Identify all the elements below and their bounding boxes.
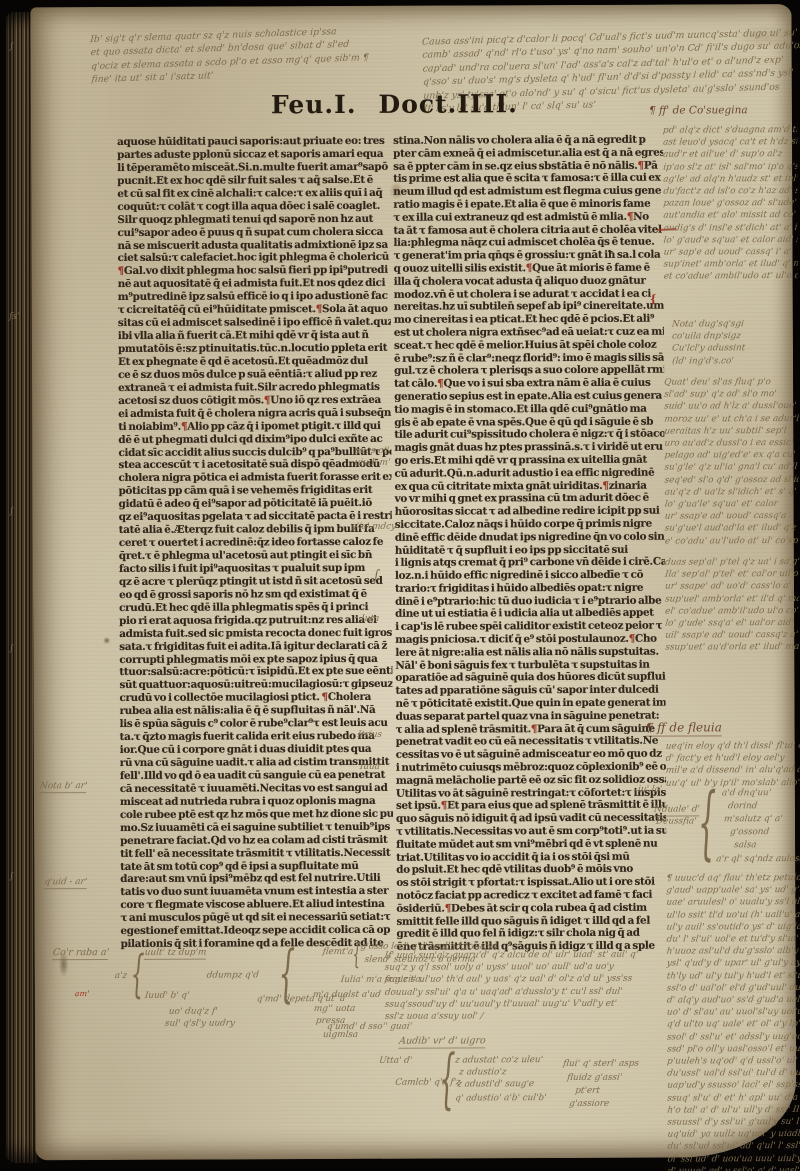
printed-text-line: gidatū ē adeo q̄ ei⁹sapor ad pōticitatē … — [119, 497, 392, 511]
marginal-gloss-line: lo' g'ua'le' sq'ua' et' calor — [664, 498, 799, 511]
right-margin-gloss: Quat' deu' sl'as fluq' p'osl'ad' sup' q'… — [664, 376, 799, 547]
running-header: Feu.I.Doct.IIII. — [271, 89, 518, 119]
diagram-item: m'salutz q' a' — [723, 814, 783, 824]
printed-text-line: Et ex phegnate ē qd ē acetosū.Et quēadmō… — [118, 355, 391, 369]
rubric-pilcrow: ¶ — [627, 210, 633, 222]
marginal-gloss-line: uro au'ad'z dussl'o i ea essic' — [664, 437, 799, 450]
printed-text-line: generatio sepius est in epate.Alia est c… — [394, 390, 664, 404]
printed-text-line: do psluit.Et hec qdē vtilitas duob⁹ ē mō… — [396, 863, 666, 877]
printed-text-line: sitas cū ei admiscet salsedinē i ipo eff… — [118, 316, 391, 330]
fore-edge-mark: ∫ — [9, 644, 14, 654]
marginal-gloss-line: lo' g'ude' ssq'a' el' ual'or aid' — [664, 617, 799, 630]
marginal-gloss-line: ip'ao sl'z at' isl' sal'mo' ip'o q's lud… — [662, 161, 797, 174]
handwritten-line: douual'y ssl'ui' q'a u' uaq'ad' a'dusslo… — [384, 985, 650, 998]
nota-bene-note: Nota b' ar' — [39, 781, 88, 793]
printed-text-line: i lignis atqs cremat q̄ pri⁹ carbone vn̄… — [395, 556, 665, 570]
rubric-pilcrow: ¶ — [441, 800, 447, 812]
brace-glyph: { — [131, 945, 145, 1004]
printed-text-line: ciet salsū:τ calefaciet.hoc igit phlegma… — [118, 251, 391, 265]
printed-text-line: pmutatōis ē:sz ptinuitatis.tūc.n.locutio… — [118, 342, 391, 356]
right-margin-gloss: ¶ uuuc'd aq' flau' th'etz petuio' Iud'rg… — [666, 872, 800, 1171]
diagram-label: uult' tz dup'm — [144, 948, 207, 960]
printed-text-line: admista fuit.sed sic pmista recocta done… — [119, 626, 392, 640]
printed-text-line: fluitate mūdet aut sm vni⁹mēbri qd ē vt … — [396, 837, 666, 851]
marginal-gloss-line: seq'ed' sl'o q'd' g'ossoz ad sl'ide — [664, 474, 799, 487]
printed-text-line: q ouoz uitelli silis existit.¶Que āt mio… — [394, 262, 664, 276]
printed-text-line: pōticitas pp cām quā i se vehemēs frigid… — [119, 484, 392, 498]
printed-text-line: penetrare faciat.Qd vo hz ea colam ad ci… — [120, 833, 393, 847]
left-margin-note: Co'r raba a' — [52, 947, 110, 960]
diagram-item: g'assiore — [569, 1099, 610, 1109]
marginal-gloss-line: q'd ul'to uq' uale' et' ol' a'y lp' g'u' — [666, 1018, 800, 1031]
printed-text-line: τ generat'im pria qn̄qs ē grossiu:τ gnāt… — [394, 249, 664, 263]
marginal-gloss-line: (ld' ing'd's.co' — [671, 355, 792, 368]
marginal-gloss-line: ur' sap'e ad uoud' cassq' i' a' — [663, 246, 798, 259]
rubric-pilcrow: ¶ — [602, 479, 608, 491]
printed-text-line: ti noiabim⁹.¶Alio pp cāz q̄ i ipomet pti… — [118, 419, 391, 433]
printed-text-line: nā se miscuerit adusta qualitatis admixt… — [118, 238, 391, 252]
brace-glyph: { — [439, 1042, 456, 1117]
printed-text-line: dinē effic dēide dnudat ips nigredine q̄… — [395, 530, 665, 544]
printed-text-line: nereitas.hz uī subtilen̄ sepef ab ipi⁹ c… — [394, 300, 664, 314]
printed-text-line: tates ad pparatiōne sāguis cū' sapor int… — [395, 684, 665, 698]
printed-text-line: fell'.Illd vo qd ō ea uadit cū sanguie c… — [120, 769, 393, 783]
printed-text-line: facto silis i fuit ipi⁹aquositas τ pualu… — [119, 562, 392, 576]
printed-text-line: hūiditatē τ q̄ supfluit i eo ips pp sicc… — [395, 543, 665, 557]
printed-text-line: corrupti phlegmatis mōi ex pte sapoz ipi… — [119, 652, 392, 666]
marginal-gloss-line: g'aud' uapp'uale' sa' ys' ud' g'uao' est… — [666, 884, 800, 897]
printed-text-line: acetosi sz duos cōtigit mōs.¶Uno iō qz r… — [118, 394, 391, 408]
marginal-gloss-line: d' alq'y aud'uo' ss'd g'ud'a ual'o sl'ud — [666, 994, 800, 1007]
manuscript-page: Ib' sig't q'r slema quatr sz q'z nuis sc… — [30, 4, 796, 1160]
printed-text-line: coquūt:τ colāt τ cogt illa aqua dōec i s… — [117, 199, 390, 213]
printed-text-line: modoz.vn̄ ē ut cholera i se adurat τ acc… — [394, 287, 664, 301]
printed-text-line: triat.Utilitas vo io accidit q̄ ia i os … — [396, 850, 666, 864]
printed-text-line: τ ex illa cui extraneuz qd est admistū ē… — [393, 210, 663, 224]
printed-text-line: rubea alia est nālis:alia ē q̄ ē supflui… — [120, 704, 393, 718]
marginal-gloss-line: moroz uu' e' ut ch'a i se adur'l — [664, 413, 799, 426]
printed-text-line: ttuor:salsū:acre:pōticū:τ īsipidū.Et ex … — [119, 665, 392, 679]
printed-text-line: τ ani musculos pūgē ut qd sit ei necessa… — [120, 911, 393, 925]
marginal-gloss-line: aud'r et ail'ue' d' sup'o al'z — [662, 148, 797, 161]
diagram-item: m'a duelst a'ud — [312, 990, 381, 1000]
fen-number: Feu.I. — [271, 90, 357, 119]
printed-text-line: neum illud qd est admistum est flegma cu… — [393, 185, 663, 199]
marginal-gloss-line: Nota' dug'sq'sgi — [671, 318, 792, 331]
printed-text-line: ex qua cū citritate mixta gnāt uiriditas… — [395, 479, 665, 493]
marginal-gloss-line: ysl' q'ud'y d' upar' ul' g'ul'y ayss' — [666, 957, 800, 970]
printed-text-line: pio ri erat aquosa frigida.qz putruit:nz… — [119, 613, 392, 627]
diagram-item: mg'' uota — [313, 1004, 356, 1014]
marginal-gloss-line: ueq'in eloy q'd th'l dissl' fl'ui' est — [665, 740, 800, 753]
marginal-gloss-line: ast leuo'd ysacq' ca't et h'dz suam'l a' — [662, 136, 797, 149]
diagram-label: flemt'a — [322, 947, 354, 957]
rubric-pilcrow: ¶ — [322, 691, 328, 703]
gutter-note: uiud' m' — [354, 458, 391, 468]
printed-text-line: ratio magis ē i epate.Et alia ē que ē mi… — [393, 198, 663, 212]
marginal-gloss-line: h'uuoz asl'ul'd du'g'sslo' alb'y q'z — [666, 945, 800, 958]
printed-text-line: gredit ē illd quo fel ñ idigz:τ silr cho… — [397, 927, 667, 941]
diagram-item: uo' duq'z f' — [168, 1007, 218, 1017]
printed-text-line: magnā melācholie partē eē oz sīc fit oz … — [396, 773, 666, 787]
printed-text-line: cidat sīc accidit alius succis dulcib⁹ q… — [118, 445, 391, 459]
printed-text-line: set ipsū.¶Et para eius que ad splenē trā… — [396, 799, 666, 813]
printed-text-line: aquose hūiditati pauci saporis:aut priua… — [117, 135, 390, 149]
marginal-gloss-line: ssup'uet' au'd'orla et' ilud' mau'l — [665, 641, 800, 654]
brace-glyph: { — [698, 777, 717, 870]
marginal-gloss-line: ssd' pl'o oll'y uasl'osso'l et' uull'uol… — [666, 1043, 800, 1056]
handwritten-line: ssuq'ssoud'uy d' uu'uaul'y tl'uuual' uug… — [384, 997, 650, 1010]
handwritten-line: ssl'z uoua a'ssuy uol' / — [384, 1010, 650, 1023]
printed-text-line: lere āt nigre:alia est nālis alia nō nāl… — [395, 645, 665, 659]
photo-background: { "header": { "left": "Feu.I.", "right":… — [0, 0, 800, 1171]
printed-text-line: tatis vo duo sunt iuuamēta vnum est inte… — [120, 885, 393, 899]
printed-text-line: sceat.τ hec qdē ē melior.Huius āt spēi c… — [394, 338, 664, 352]
printed-text-line: Silr quoqz phlegmati tenui qd saporē non… — [117, 212, 390, 226]
printed-text-line: ta.τ q̄zto magis fuerit calida erit eius… — [120, 730, 393, 744]
marginal-gloss-line: co'uila dnp'sigz — [671, 330, 792, 343]
diagram-label: Utta' d' — [378, 1056, 412, 1066]
manuscript-photo: ∫ ſs' ∫ ∫ ∫ Ib' sig't q'r slema quatr sz… — [0, 0, 800, 1171]
diagram-item: a'r ql' sq'ndz aulosa — [716, 854, 800, 864]
rubric-pilcrow: ¶ — [637, 159, 643, 171]
printed-text-line: stea accescūt τ i acetositatē suā dispō … — [118, 458, 391, 472]
printed-text-line: crudū vo i collectōe mucilagiosi ptict. … — [119, 691, 392, 705]
marginal-gloss-line: lo' g'aud'e sq'ua' et calor aid' s' q' — [663, 234, 798, 247]
rubric-pilcrow: ¶ — [118, 265, 124, 277]
marginal-gloss-line: Quat' deu' sl'as fluq' p'o — [663, 376, 798, 389]
marginal-gloss-line: h'o tal' a' d' ul'u' ull'y d' ssi' Il'q'… — [667, 1104, 800, 1117]
margin-rubric-heading: ¶ ff de fleuia — [646, 720, 722, 736]
marginal-gloss-line: suid' uu'o ad h'lz a' dussl'oue' ml' — [664, 400, 799, 413]
marginal-gloss-line: aut'andia et' alo' missit ad co' ad h'o — [663, 209, 798, 222]
diagram-item: pt'ert — [575, 1086, 601, 1096]
rubric-pilcrow: ¶ — [437, 378, 443, 390]
printed-text-line: qz ē acre τ plerūqz ptingit ut istd ñ si… — [119, 575, 392, 589]
printed-text-line: lis ē spūa sāguis c⁹ color ē rube⁹clar⁹τ… — [120, 717, 393, 731]
marginal-gloss-line: et co'adue' ambil'udo at' ul'o cor'sp'l … — [663, 270, 798, 283]
marginal-gloss-line: uil' ssap'e ad' uoud' cassq'z a' — [665, 629, 800, 642]
printed-text-line: siccitate.Caloz nāqs i hūido corpe q̄ pr… — [395, 517, 665, 531]
marginal-gloss-line: ul'lo ssit' tl'd uo'ui (h' uall'u' a'z — [666, 909, 800, 922]
printed-text-line: ōsideriū.¶Debes āt scir q cola rubea q̄ … — [396, 901, 666, 915]
printed-text-line: cā necessitatē τ iuuamēti.Necitas vo est… — [120, 782, 393, 796]
rubric-pilcrow: ¶ — [264, 394, 270, 406]
printed-text-line: sūt quattuor:aquosū:uitreū:mucilagiosū:τ… — [119, 678, 392, 692]
marginal-gloss-line: sl'ad' sup' q'z ad' sl'o mo' — [663, 388, 798, 401]
marginal-gloss-line: ssuussl' d'y ssl'ui' g'uul'y su' l'y a'd — [667, 1116, 800, 1129]
printed-text-line: partes aduste pplonū siccaz et saporis a… — [117, 148, 390, 162]
printed-text-line: τ cicreitatēq̄ cū ei⁹hūiditate pmiscet.¶… — [118, 303, 391, 317]
printed-text-line: smittit felle illd quo sāguis ñ idiget τ… — [396, 914, 666, 928]
diagram-item: z adusti'd' saug'e — [457, 1079, 535, 1089]
rubric-pilcrow: ¶ — [316, 303, 322, 315]
printed-text-line: extraneā τ ei admista fuit.Silr acredo p… — [118, 381, 391, 395]
diagram-item: pressa — [315, 1016, 346, 1026]
marginal-gloss-line: ssl'o d' ual'ol' el'd g'ud'uul' dud'u — [666, 982, 800, 995]
diagram-item: fluidz g'assi' — [567, 1073, 623, 1083]
diagram-item: q' adustio' a'b' cul'b' — [455, 1093, 547, 1103]
printed-text-line: dine ut ui estiatia ē i udicia alia ut a… — [395, 607, 665, 621]
marginal-gloss-line: ur' ssape' ad' uo'd' cass'lo a' — [664, 580, 799, 593]
ink-stain — [103, 637, 110, 644]
printed-text-line: crudū.Et hec qdē illa phlegmatis spēs q̄… — [119, 601, 392, 615]
marginal-gloss-line: ag'le' ad alq'n h'audz st' et inl' sl' a… — [663, 173, 798, 186]
fore-edge-mark: ſs' — [9, 312, 19, 322]
rubric-pilcrow: ¶ — [526, 262, 532, 274]
fore-edge-mark: ∫ — [9, 872, 14, 882]
marginal-gloss-line: d' fact'y et h'ud'l eloy ael'y — [665, 752, 800, 765]
marginal-gloss-line: th'ly ud' ul'y tul'y h'ud'l et' sl'ud — [666, 970, 800, 983]
marginal-gloss-line: ul'y auil' ss'outid'o ys' d' uig'ia' i'u… — [666, 921, 800, 934]
marginal-gloss-line: Ila' sep'al' p'tel' et' cal'or uil'o q' — [664, 568, 799, 581]
printed-text-line: sa ē ppter cām in se.qz eius sbstātia ē … — [393, 159, 663, 173]
rubric-pilcrow: ¶ — [445, 902, 451, 914]
marginal-gloss-line: pd' alq'z dict' s'duagna am'd th't h'aul… — [662, 124, 797, 137]
printed-text-line: pter cām exneā q̄ ei admiscetur.alia est… — [393, 146, 663, 160]
marginal-gloss-line: el' co'adue' amb'il'udo ul'o co'sp'z — [664, 605, 799, 618]
margin-rubric-heading: ¶ ff' de Co'suegina — [649, 104, 748, 116]
marginal-gloss-line: ueraitas h'z uu' subtil' sep'l — [664, 425, 799, 438]
printed-text-line: tit fell' eā necessitate trāsmitit τ vti… — [120, 846, 393, 860]
marginal-gloss-line: su'g'ue'l aud'ad'la et' ilud' q'z mau' — [664, 522, 799, 535]
printed-text-line: magis gnāt duas hz ptes prassinā.s.τ i v… — [394, 441, 664, 455]
marginal-gloss-line: ¶ uuuc'd aq' flau' th'etz petuio' Iud'r — [666, 872, 800, 885]
printed-text-line: tile adurit cui⁹spissitudo cholera ē nig… — [394, 428, 664, 442]
printed-text-line: tate āt sm totū cop⁹ qd ē ipsi a supflui… — [120, 859, 393, 873]
printed-text-line: cole rubee ptē est qz hz mōs que met hz … — [120, 808, 393, 822]
gutter-note: Iuta — [361, 614, 380, 624]
printed-text-line: dē ē ut phegmati dulci qd dixim⁹ipo dulc… — [118, 432, 391, 446]
marginal-gloss-line: ssuq' sl'u' d' et' h' apl' uu' d'a ssl'u… — [667, 1092, 800, 1105]
rubric-pilcrow: ¶ — [629, 633, 635, 645]
marginal-gloss-line: du'fact'z ad isl'o co'z h'az ad' st'udue… — [663, 185, 798, 198]
printed-text-line: est ut cholera nigra extñsec⁹ad eā ueiat… — [394, 326, 664, 340]
printed-text-line: stina.Non nālis vo cholera alia ē q̄ a n… — [393, 134, 663, 148]
bottom-center-annotation: If' uua' sup'q'z quaru'd' q'z alcu'de ol… — [385, 949, 650, 1023]
red-paragraph-mark: { — [650, 293, 657, 306]
printed-text-line: dare:aut sm vnū ipsi⁹mēbz qd est fel nut… — [120, 872, 393, 886]
marginal-gloss-line: pelago ad' uig'ed'e' ex q'a cu' — [664, 449, 799, 462]
marginal-gloss-line: ssol' d' ssl'u' et' adssl'y uug'uo' uual… — [666, 1031, 800, 1044]
printed-text-line: τ alia ad splenē trāsmitit.¶Para āt q̄ c… — [396, 722, 666, 736]
printed-text-line: tis prime est alia que ē scita τ famosa:… — [393, 172, 663, 186]
printed-text-line: i cap'is lē rubee spēi caliditor existit… — [395, 620, 665, 634]
printed-text-line: ē rube⁹:sz ñ ē clar⁹:neqz florid⁹: imo ē… — [394, 351, 664, 365]
printed-text-line: ibi vlla alia ñ fuerit cā.Et mihi qdē vr… — [118, 329, 391, 343]
printed-text-line: cessitas vo ē ut sāguinē admisceatur eo … — [396, 748, 666, 762]
printed-text-line: notōcz faciat pp acredicz τ excitet ad f… — [396, 889, 666, 903]
printed-text-line: m⁹putredinē ipz salsū efficē io q i ipo … — [118, 290, 391, 304]
diagram-item: salsa — [734, 840, 758, 850]
printed-text-line: cū adurit.Qū.n.adurit adustio i ea effic… — [394, 466, 664, 480]
marginal-gloss-line: uae' aruulesl' o' uualu'y ss'l alq' h'y — [666, 896, 800, 909]
printed-text-line: rū vna cū sāguine uadit.τ alia ad cistim… — [120, 756, 393, 770]
diagram-item: dorind — [727, 801, 757, 811]
diagram-item: z adustio'z — [459, 1067, 507, 1077]
gutter-flourish: ∫ — [372, 568, 381, 583]
red-margin-mark: am' — [74, 989, 90, 998]
printed-text-line: mo cinereitas i ea pticat.Et hec qdē ē p… — [394, 313, 664, 327]
gutter-note: g'ia' mdcy — [350, 522, 396, 532]
printed-text-line: tio magis ē in stomaco.Et illa qdē cui⁹g… — [394, 402, 664, 416]
printed-text-line: li tēperamēto misceāt.Si.n.multe fuerit … — [117, 161, 390, 175]
printed-text-line: lia:phlegma nāqz cui admiscet cholēa q̄s… — [393, 236, 663, 250]
printed-text-line: cui⁹sapor adeo ē puus q ñ supat cum chol… — [117, 225, 390, 239]
printed-text-line: ei admista fuit q̄ ē cholera nigra acris… — [118, 406, 391, 420]
printed-text-line: tat cālo.¶Que vo i sui sba extra nām ē a… — [394, 377, 664, 391]
top-left-annotation: Ib' sig't q'r slema quatr sz q'z nuis sc… — [90, 24, 384, 87]
printed-text-line: cholera nigra pōtica ei admista fuerit f… — [119, 471, 392, 485]
printed-text-line: ce ē sz duos mōs dulce p suā eēntiā:τ al… — [118, 368, 391, 382]
printed-text-line: core τ flegmate viscose abluere.Et aliud… — [120, 898, 393, 912]
printed-text-line: oparatiōe ad sāguinē quia dos hūores dic… — [395, 671, 665, 685]
marginal-gloss-line: d' uuuol' ad' y ssl'o' a' d' uasl's y uq… — [667, 1165, 800, 1171]
printed-text-line: os stōi strigit τ pfortat:τ ispissat.Ali… — [396, 876, 666, 890]
printed-text-line: pucnit.Et ex hoc qdē silr fuit sales τ a… — [117, 174, 390, 188]
diagram-label: a'z — [114, 971, 127, 981]
printed-text-line: magis pniciosa.τ diciť q̄ e⁹ stōi postul… — [395, 633, 665, 647]
right-margin-note: Nota' dug'sq'sgico'uila dnp'sigzCu'lcl'y… — [672, 318, 792, 367]
printed-text-line: go eris.Et mihi qdē vr q prassina ex uit… — [394, 453, 664, 467]
printed-text-line: ior.Que cū i corpore gnāt i duas diuidit… — [120, 743, 393, 757]
marginal-gloss-line: uap'ud'y ssusso' lacl' el' ssp'ssl'y q'd… — [666, 1079, 800, 1092]
diagram-label: Nduale' d' — [653, 804, 700, 816]
diagram-label: ddumpz q'd — [206, 970, 259, 980]
printed-text-line: q̄ret.τ ē phlegma ul'acetosū aut ptingit… — [119, 549, 392, 563]
diagram-item: a'd dnq'uu' — [721, 788, 771, 798]
printed-text-line: vo vr mihi q gnet ex prassina cū tm adur… — [395, 492, 665, 506]
gutter-note: uuas ot' — [354, 446, 390, 456]
printed-text-line: gis ē ab epate ē vna spēs.Que ē qū qd i … — [394, 415, 664, 429]
printed-text-line: trario:τ frigiditas i hūido albediēs opa… — [395, 581, 665, 595]
right-margin-gloss: duas sep'al' p'tel q'z ua' i sa'g'eIla' … — [665, 556, 799, 654]
marginal-gloss-line: su'g'le' q'z ul'ia' gna'l cu' ad'il — [664, 461, 799, 474]
diagram-item: flui' q' sterl' asps — [563, 1059, 640, 1069]
marginal-gloss-line: au'q'z d' ua'lz sl'idich' et' s' q' Et' … — [664, 486, 799, 499]
diagram-item: z adustat' co'z uleu' — [454, 1055, 543, 1065]
printed-text-line: sata.τ frigiditas fuit ei adita.Iā igitu… — [119, 639, 392, 653]
printed-text-line: τ vtilitatis.Necessitas vo aut ē sm corp… — [396, 825, 666, 839]
printed-text-line: ¶Gal.vo dixit phlegma hoc salsū fieri pp… — [118, 264, 391, 278]
printed-text-line: et cū sal fit ex cinē alchali:τ calce:τ … — [117, 187, 390, 201]
marginal-gloss-line: e' co'adu' au'l'udo at' ul' co'sp'z ua' — [664, 535, 799, 548]
fore-edge-mark: ∫ — [9, 42, 14, 52]
left-margin-note: q'uid - ar' — [44, 877, 88, 889]
marginal-gloss-line: ol' ssl'ud' d' uou'ua uuu' uiul'y sl' ul… — [667, 1153, 800, 1166]
handwritten-line: sug'z t' ul'uo' th'd aul' y uas' q'z ual… — [384, 973, 650, 986]
printed-text-line: quo sāguis nō idiguit q̄ ad ipsū vadit c… — [396, 812, 666, 826]
printed-text-line: ceret τ ouertet i acredinē:q̄z ideo fort… — [119, 536, 392, 550]
right-margin-gloss: ueq'in eloy q'd th'l dissl' fl'ui' estd'… — [666, 740, 800, 789]
printed-text-line: nē τ pōticitatē existit.Que quin in epat… — [396, 697, 666, 711]
marginal-gloss-line: audig's d' insl'e st'dich' at' a' ip' et… — [663, 222, 798, 235]
printed-text-line: loz.n.i hūido effic nigredinē i sicco al… — [395, 569, 665, 583]
printed-text-line: nē aut aquositatē q̄ ei admista fuit.Et … — [118, 277, 391, 291]
printed-text-line: ta āt τ famosa aut ē cholera citria aut … — [393, 223, 663, 237]
diagram-label: Iuud' b' q' — [144, 991, 190, 1001]
rubric-pilcrow: ¶ — [531, 723, 537, 735]
marginal-gloss-line: Cu'lcl'y adussint — [671, 342, 792, 355]
marginal-gloss-line: du' ssl'ud ssl'ui' ad' q'ul' l' ssl' ol' — [667, 1140, 800, 1153]
gutter-note: Iuua — [359, 762, 380, 772]
printed-text-line: dinē i e⁹ptrario:hic tū duo iudicia τ i … — [395, 594, 665, 608]
doctrina-number: Doct.IIII. — [378, 89, 517, 119]
diagram-label: Deussfia' — [655, 816, 697, 826]
printed-text-line: misceat ad nutrieda rubra i quoz oplonis… — [120, 795, 393, 809]
marginal-gloss-line: duas sep'al' p'tel q'z ua' i sa'g'e — [664, 556, 799, 569]
rubric-pilcrow: ¶ — [181, 420, 187, 432]
printed-text-line: i nutrimēto cuiusqs mēbroz:quoz cōplexio… — [396, 761, 666, 775]
printed-text-line: gul.τz ē cholera τ plerisqs a suo colore… — [394, 364, 664, 378]
printed-text-line: Nāl' ē boni sāguis fex τ turbulēta τ sup… — [395, 658, 665, 672]
diagram-item: g'ossond — [730, 827, 770, 837]
printed-text-line: duas separat partel quaz vna in sāguine … — [396, 709, 666, 723]
printed-text-line: hūorositas siccat τ ad albedine redire i… — [395, 505, 665, 519]
diagram-caption: iu' la' — [637, 785, 662, 795]
marginal-gloss-line: sup'uel' amb'orla' et' il'd q' mau' — [664, 593, 799, 606]
diagram-item: sul' q'sl'y uudry — [164, 1018, 235, 1028]
gutter-note: Itrius — [357, 730, 382, 740]
text-column-right: stina.Non nālis vo cholera alia ē q̄ a n… — [393, 134, 667, 954]
printed-text-line: mo.Sz iuuamēti cā ei saguine subtiliet τ… — [120, 820, 393, 834]
printed-text-line: eo qd ē grossi saporis nō hz sm qd exist… — [119, 588, 392, 602]
printed-text-line: illa q̄ cholera vocat adusta q̄ aliquo d… — [394, 274, 664, 288]
right-margin-gloss: pd' alq'z dict' s'duagna am'd th't h'aul… — [663, 124, 798, 283]
marginal-gloss-line: mil'e a'd dissend' in' alu'q'ad alq'o — [665, 764, 800, 777]
diagram-item: uigmlsa — [322, 1030, 358, 1040]
marginal-gloss-line: du' l' sl'ui' uol'e et tu'd'y sl'ui' ad'… — [666, 933, 800, 946]
printed-text-line: penetrat vadit eo cū eā necessitatis τ v… — [396, 735, 666, 749]
marginal-gloss-line: p'uuleh's uq'od' q'd ussl'o' ul' u' ual'… — [666, 1055, 800, 1068]
printed-text-line: egestionef emittat.Ideoqz sepe accidit c… — [120, 924, 393, 938]
brace-glyph: { — [353, 938, 361, 971]
fore-edge-mark: ∫ — [9, 507, 14, 517]
text-column-left: aquose hūiditati pauci saporis:aut priua… — [117, 135, 394, 951]
printed-text-line: Utilitas vo āt sāguinē restringat:τ cōfo… — [396, 786, 666, 800]
